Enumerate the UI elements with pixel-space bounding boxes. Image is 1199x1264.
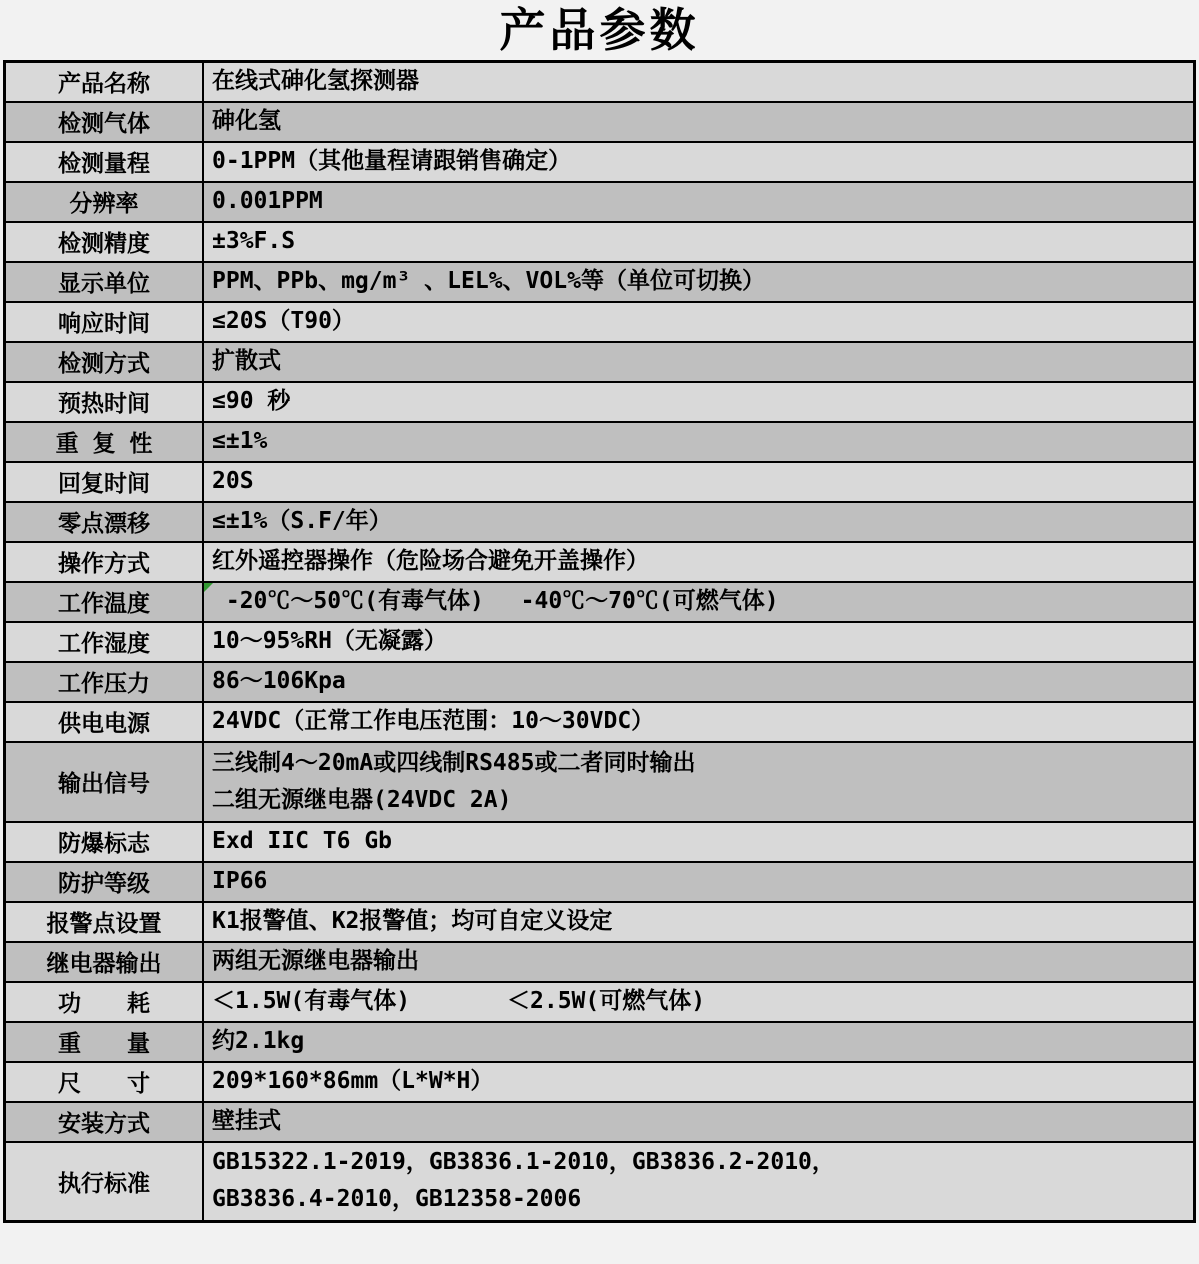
- param-value-text: IP66: [212, 868, 267, 894]
- param-value-text: 砷化氢: [212, 108, 281, 134]
- param-value-text: 0.001PPM: [212, 188, 323, 214]
- param-value-text: 86～106Kpa: [212, 668, 346, 694]
- param-label: 继电器输出: [5, 942, 204, 982]
- param-value: ±3%F.S: [203, 222, 1195, 262]
- param-value: -20℃～50℃(有毒气体) -40℃～70℃(可燃气体): [203, 582, 1195, 622]
- param-label: 报警点设置: [5, 902, 204, 942]
- param-label: 显示单位: [5, 262, 204, 302]
- param-label: 尺 寸: [5, 1062, 204, 1102]
- param-value-text: ≤±1%（S.F/年）: [212, 508, 392, 534]
- table-row: 响应时间 ≤20S（T90）: [5, 302, 1195, 342]
- param-value: 0-1PPM（其他量程请跟销售确定）: [203, 142, 1195, 182]
- table-row: 显示单位 PPM、PPb、mg/m³ 、LEL%、VOL%等（单位可切换）: [5, 262, 1195, 302]
- param-value: 24VDC（正常工作电压范围：10～30VDC）: [203, 702, 1195, 742]
- table-row: 产品名称 在线式砷化氢探测器: [5, 62, 1195, 102]
- param-value-text: ≤20S（T90）: [212, 308, 355, 334]
- param-value-text: 10～95%RH（无凝露）: [212, 628, 447, 654]
- param-label: 供电电源: [5, 702, 204, 742]
- param-value: ＜1.5W(有毒气体) ＜2.5W(可燃气体): [203, 982, 1195, 1022]
- param-value: 0.001PPM: [203, 182, 1195, 222]
- param-label: 工作压力: [5, 662, 204, 702]
- table-row: 零点漂移 ≤±1%（S.F/年）: [5, 502, 1195, 542]
- param-value: ≤20S（T90）: [203, 302, 1195, 342]
- table-row: 供电电源 24VDC（正常工作电压范围：10～30VDC）: [5, 702, 1195, 742]
- table-row: 继电器输出 两组无源继电器输出: [5, 942, 1195, 982]
- param-value: 86～106Kpa: [203, 662, 1195, 702]
- param-value-text: 两组无源继电器输出: [212, 948, 419, 974]
- param-value-text: 约2.1kg: [212, 1028, 304, 1054]
- param-value-text: 209*160*86mm（L*W*H）: [212, 1068, 493, 1094]
- param-value: IP66: [203, 862, 1195, 902]
- param-value: ≤±1%（S.F/年）: [203, 502, 1195, 542]
- param-value: 壁挂式: [203, 1102, 1195, 1142]
- param-value-text: ≤90 秒: [212, 388, 290, 414]
- param-value-text: ≤±1%: [212, 428, 267, 454]
- table-row: 重 复 性 ≤±1%: [5, 422, 1195, 462]
- table-row: 预热时间 ≤90 秒: [5, 382, 1195, 422]
- param-label: 分辨率: [5, 182, 204, 222]
- param-value: GB15322.1-2019，GB3836.1-2010，GB3836.2-20…: [203, 1142, 1195, 1222]
- param-value: 20S: [203, 462, 1195, 502]
- param-label: 检测气体: [5, 102, 204, 142]
- param-label: 检测量程: [5, 142, 204, 182]
- param-value-text: 24VDC（正常工作电压范围：10～30VDC）: [212, 708, 654, 734]
- param-label: 防爆标志: [5, 822, 204, 862]
- param-value-text: K1报警值、K2报警值；均可自定义设定: [212, 908, 612, 934]
- table-row: 工作温度 -20℃～50℃(有毒气体) -40℃～70℃(可燃气体): [5, 582, 1195, 622]
- param-value: 扩散式: [203, 342, 1195, 382]
- page-title: 产品参数: [0, 0, 1199, 62]
- param-value: Exd IIC T6 Gb: [203, 822, 1195, 862]
- table-row: 检测方式 扩散式: [5, 342, 1195, 382]
- param-value: 约2.1kg: [203, 1022, 1195, 1062]
- param-label: 工作湿度: [5, 622, 204, 662]
- spec-table: 产品名称 在线式砷化氢探测器 检测气体 砷化氢 检测量程 0-1PPM（其他量程…: [3, 60, 1196, 1223]
- param-value-text: GB15322.1-2019，GB3836.1-2010，GB3836.2-20…: [212, 1149, 835, 1212]
- param-label: 零点漂移: [5, 502, 204, 542]
- table-row: 工作压力 86～106Kpa: [5, 662, 1195, 702]
- table-row: 功 耗 ＜1.5W(有毒气体) ＜2.5W(可燃气体): [5, 982, 1195, 1022]
- table-row: 操作方式 红外遥控器操作（危险场合避免开盖操作）: [5, 542, 1195, 582]
- param-label: 重 复 性: [5, 422, 204, 462]
- param-value: PPM、PPb、mg/m³ 、LEL%、VOL%等（单位可切换）: [203, 262, 1195, 302]
- param-label: 防护等级: [5, 862, 204, 902]
- param-value: 两组无源继电器输出: [203, 942, 1195, 982]
- param-value-text: ＜1.5W(有毒气体) ＜2.5W(可燃气体): [212, 988, 705, 1014]
- param-value-text: PPM、PPb、mg/m³ 、LEL%、VOL%等（单位可切换）: [212, 268, 765, 294]
- table-row: 防护等级 IP66: [5, 862, 1195, 902]
- table-row: 重 量 约2.1kg: [5, 1022, 1195, 1062]
- param-label: 执行标准: [5, 1142, 204, 1222]
- param-value: ≤±1%: [203, 422, 1195, 462]
- param-label: 产品名称: [5, 62, 204, 102]
- param-value: 209*160*86mm（L*W*H）: [203, 1062, 1195, 1102]
- param-label: 回复时间: [5, 462, 204, 502]
- param-value: K1报警值、K2报警值；均可自定义设定: [203, 902, 1195, 942]
- table-row: 防爆标志 Exd IIC T6 Gb: [5, 822, 1195, 862]
- comment-corner-marker-icon: [204, 583, 213, 592]
- param-label: 重 量: [5, 1022, 204, 1062]
- param-value-text: 扩散式: [212, 348, 281, 374]
- table-row: 检测量程 0-1PPM（其他量程请跟销售确定）: [5, 142, 1195, 182]
- param-value-text: Exd IIC T6 Gb: [212, 828, 392, 854]
- param-value: ≤90 秒: [203, 382, 1195, 422]
- param-value-text: 在线式砷化氢探测器: [212, 68, 419, 94]
- table-row: 输出信号 三线制4～20mA或四线制RS485或二者同时输出 二组无源继电器(2…: [5, 742, 1195, 822]
- param-value-text: 壁挂式: [212, 1108, 281, 1134]
- param-value: 红外遥控器操作（危险场合避免开盖操作）: [203, 542, 1195, 582]
- param-label: 输出信号: [5, 742, 204, 822]
- param-value-text: ±3%F.S: [212, 228, 295, 254]
- param-value: 砷化氢: [203, 102, 1195, 142]
- param-value-text: -20℃～50℃(有毒气体) -40℃～70℃(可燃气体): [212, 588, 779, 614]
- param-value-text: 20S: [212, 468, 254, 494]
- param-label: 操作方式: [5, 542, 204, 582]
- table-row: 工作湿度 10～95%RH（无凝露）: [5, 622, 1195, 662]
- param-value-text: 红外遥控器操作（危险场合避免开盖操作）: [212, 548, 649, 574]
- param-label: 检测精度: [5, 222, 204, 262]
- table-row: 报警点设置 K1报警值、K2报警值；均可自定义设定: [5, 902, 1195, 942]
- param-label: 响应时间: [5, 302, 204, 342]
- table-row: 检测精度 ±3%F.S: [5, 222, 1195, 262]
- table-row: 回复时间 20S: [5, 462, 1195, 502]
- param-label: 预热时间: [5, 382, 204, 422]
- title-band: 产品参数: [0, 0, 1199, 60]
- param-label: 功 耗: [5, 982, 204, 1022]
- table-row: 检测气体 砷化氢: [5, 102, 1195, 142]
- param-label: 工作温度: [5, 582, 204, 622]
- table-row: 尺 寸 209*160*86mm（L*W*H）: [5, 1062, 1195, 1102]
- param-value-text: 三线制4～20mA或四线制RS485或二者同时输出 二组无源继电器(24VDC …: [212, 750, 695, 813]
- param-value: 三线制4～20mA或四线制RS485或二者同时输出 二组无源继电器(24VDC …: [203, 742, 1195, 822]
- table-row: 安装方式 壁挂式: [5, 1102, 1195, 1142]
- table-row: 分辨率 0.001PPM: [5, 182, 1195, 222]
- param-value-text: 0-1PPM（其他量程请跟销售确定）: [212, 148, 571, 174]
- param-value: 10～95%RH（无凝露）: [203, 622, 1195, 662]
- param-value: 在线式砷化氢探测器: [203, 62, 1195, 102]
- param-label: 检测方式: [5, 342, 204, 382]
- table-row: 执行标准 GB15322.1-2019，GB3836.1-2010，GB3836…: [5, 1142, 1195, 1222]
- param-label: 安装方式: [5, 1102, 204, 1142]
